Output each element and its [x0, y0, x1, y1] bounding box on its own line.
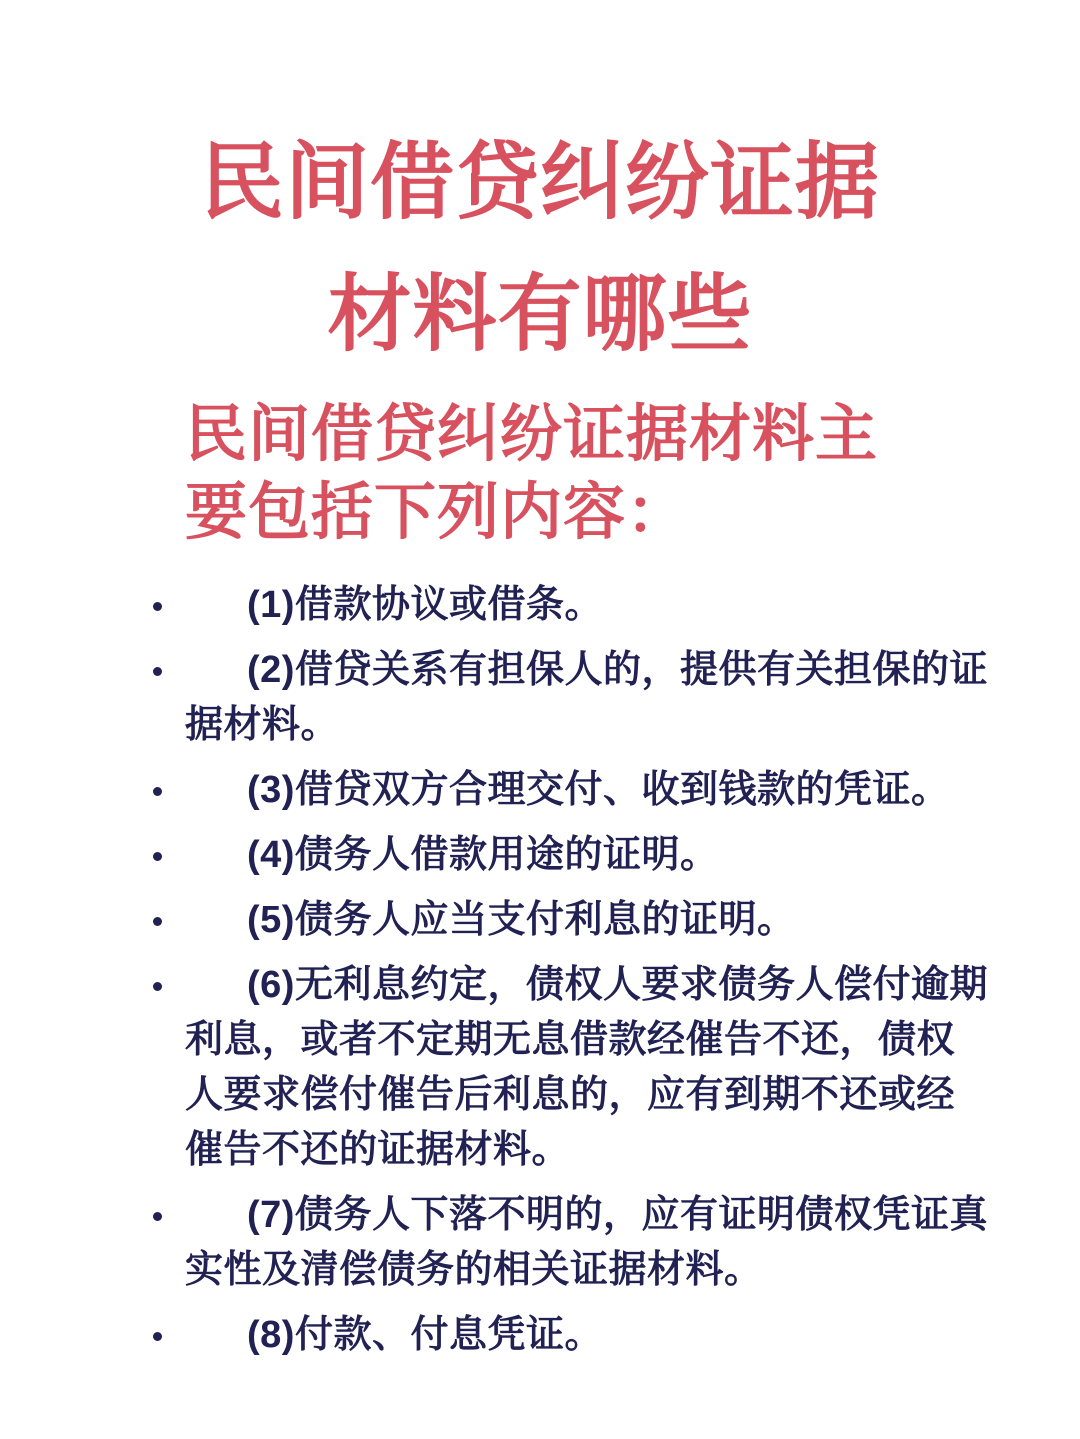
evidence-list: (1)借款协议或借条。 (2)借贷关系有担保人的，提供有关担保的证据材料。 (3… — [0, 578, 1080, 1363]
list-item-text: (6)无利息约定，债权人要求债务人偿付逾期利息，或者不定期无息借款经催告不还，债… — [185, 958, 988, 1178]
page-title-line-2: 材料有哪些 — [0, 248, 1080, 380]
bullet-dot-icon — [153, 1332, 162, 1341]
list-item: (8)付款、付息凭证。 — [0, 1308, 1080, 1363]
bullet-dot-icon — [153, 917, 162, 926]
page-title: 民间借贷纠纷证据 材料有哪些 — [0, 0, 1080, 380]
list-item-text: (2)借贷关系有担保人的，提供有关担保的证据材料。 — [185, 643, 988, 753]
list-item: (6)无利息约定，债权人要求债务人偿付逾期利息，或者不定期无息借款经催告不还，债… — [0, 958, 1080, 1178]
bullet-dot-icon — [153, 787, 162, 796]
list-item: (7)债务人下落不明的，应有证明债权凭证真实性及清偿债务的相关证据材料。 — [0, 1188, 1080, 1298]
bullet-dot-icon — [153, 1212, 162, 1221]
document-page: 民间借贷纠纷证据 材料有哪些 民间借贷纠纷证据材料主要包括下列内容： (1)借款… — [0, 0, 1080, 1439]
page-subtitle: 民间借贷纠纷证据材料主要包括下列内容： — [185, 396, 909, 552]
list-item: (5)债务人应当支付利息的证明。 — [0, 893, 1080, 948]
bullet-dot-icon — [153, 667, 162, 676]
list-item-text: (1)借款协议或借条。 — [185, 578, 988, 633]
bullet-dot-icon — [153, 982, 162, 991]
list-item: (4)债务人借款用途的证明。 — [0, 828, 1080, 883]
list-item-text: (4)债务人借款用途的证明。 — [185, 828, 988, 883]
list-item-text: (5)债务人应当支付利息的证明。 — [185, 893, 988, 948]
bullet-dot-icon — [153, 852, 162, 861]
list-item-text: (8)付款、付息凭证。 — [185, 1308, 988, 1363]
list-item: (3)借贷双方合理交付、收到钱款的凭证。 — [0, 763, 1080, 818]
list-item-text: (3)借贷双方合理交付、收到钱款的凭证。 — [185, 763, 988, 818]
list-item: (2)借贷关系有担保人的，提供有关担保的证据材料。 — [0, 643, 1080, 753]
page-title-line-1: 民间借贷纠纷证据 — [0, 116, 1080, 248]
list-item: (1)借款协议或借条。 — [0, 578, 1080, 633]
list-item-text: (7)债务人下落不明的，应有证明债权凭证真实性及清偿债务的相关证据材料。 — [185, 1188, 988, 1298]
bullet-dot-icon — [153, 602, 162, 611]
